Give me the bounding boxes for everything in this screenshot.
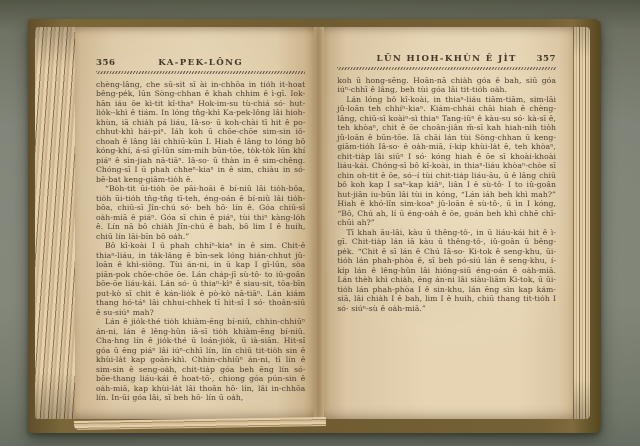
left-page-stack-edge	[35, 27, 75, 419]
left-page-number: 356	[96, 58, 115, 68]
right-page-text-column: LŪN HIOH-KHÙN Ê JI̍T 357 koh ū hong-sēng…	[337, 54, 556, 313]
paragraph: koh ū hong-sēng. Hoān-nā chia̍h góa ê ba…	[337, 76, 556, 95]
paragraph: Lán ê jio̍k-thé tio̍h khiàm-ēng bí-niû, …	[96, 317, 305, 403]
paragraph: “Bo̍h-tit ūi-tio̍h ōe pāi-hoāi ê bí-niû …	[96, 184, 305, 241]
paragraph: Lán lóng bô kî-koài, in thiaⁿ-liáu tiām-…	[337, 95, 556, 228]
right-running-header: LŪN HIOH-KHÙN Ê JI̍T 357	[337, 54, 556, 65]
paragraph: Tī khah āu-lâi, kàu ū thêng-tô·, in ū li…	[337, 228, 556, 314]
paragraph: Bô kî-koài I ū phah chhíⁿ-kiaⁿ in ê sim.…	[96, 241, 305, 317]
right-page-number: 357	[537, 54, 556, 64]
left-page-text-column: 356 KA-PEK-LÔNG chèng-lâng, che sū-si̍t …	[96, 58, 305, 403]
paragraph: chèng-lâng, che sū-si̍t sī ài in-chhōa i…	[96, 80, 305, 185]
left-running-head-title: KA-PEK-LÔNG	[158, 58, 243, 68]
left-page: 356 KA-PEK-LÔNG chèng-lâng, che sū-si̍t …	[75, 27, 314, 419]
right-fore-edge	[573, 27, 590, 419]
left-running-header: 356 KA-PEK-LÔNG	[96, 58, 305, 69]
right-running-head-title: LŪN HIOH-KHÙN Ê JI̍T	[377, 54, 517, 64]
right-page: LŪN HIOH-KHÙN Ê JI̍T 357 koh ū hong-sēng…	[324, 27, 573, 419]
book-gutter	[314, 27, 324, 419]
photo-background: 356 KA-PEK-LÔNG chèng-lâng, che sū-si̍t …	[0, 0, 640, 446]
open-book: 356 KA-PEK-LÔNG chèng-lâng, che sū-si̍t …	[28, 19, 601, 433]
